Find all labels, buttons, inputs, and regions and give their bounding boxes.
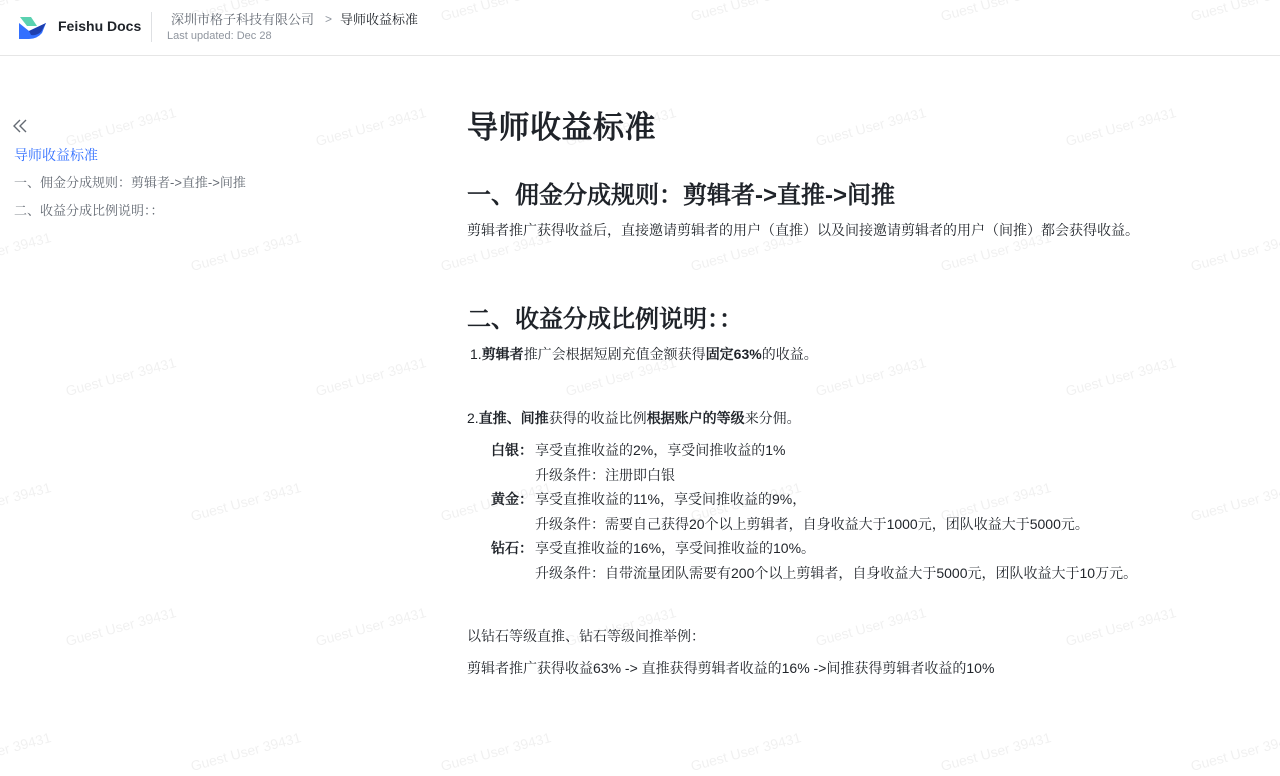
watermark-text: Guest User 39431: [1064, 604, 1178, 649]
item-1-text-1: 推广会根据短剧充值金额获得: [524, 346, 706, 362]
watermark-text: Guest User 39431: [314, 354, 428, 399]
toc-item-section-1[interactable]: 一、佣金分成规则：剪辑者->直推->间推: [14, 173, 246, 201]
breadcrumb-current: 导师收益标准: [340, 9, 418, 28]
tier-silver-upgrade: 升级条件：注册即白银: [535, 464, 675, 486]
watermark-text: Guest User 39431: [689, 729, 803, 774]
watermark-text: Guest User 39431: [439, 729, 553, 774]
tier-gold: 黄金：享受直推收益的11%，享受间推收益的9%，: [491, 488, 806, 510]
section-1-heading: 一、佣金分成规则：剪辑者->直推->间推: [467, 175, 895, 210]
watermark-text: Guest User 39431: [1189, 229, 1280, 274]
watermark-text: Guest User 39431: [64, 354, 178, 399]
table-of-contents: 导师收益标准 一、佣金分成规则：剪辑者->直推->间推 二、收益分成比例说明：：: [14, 145, 246, 229]
toc-item-title[interactable]: 导师收益标准: [14, 145, 246, 173]
watermark-text: Guest User 39431: [1064, 354, 1178, 399]
page-title: 导师收益标准: [467, 100, 1227, 156]
watermark-text: Guest User 39431: [0, 229, 53, 274]
watermark-text: Guest User 39431: [0, 479, 53, 524]
watermark-text: Guest User 39431: [814, 604, 928, 649]
section-2-heading: 二、收益分成比例说明：：: [467, 299, 743, 334]
watermark-text: Guest User 39431: [314, 604, 428, 649]
item-2-text-1: 获得的收益比例: [549, 410, 647, 426]
item-1-bold-1: 剪辑者: [482, 346, 524, 362]
watermark-text: Guest User 39431: [1189, 479, 1280, 524]
tier-diamond-upgrade: 升级条件：自带流量团队需要有200个以上剪辑者，自身收益大于5000元，团队收益…: [535, 562, 1137, 584]
item-2: 2.直推、间推获得的收益比例根据账户的等级来分佣。: [467, 407, 801, 429]
item-2-prefix: 2.: [467, 410, 479, 426]
watermark-text: Guest User 39431: [189, 729, 303, 774]
feishu-logo-icon[interactable]: [17, 14, 47, 40]
item-1-text-2: 的收益。: [762, 346, 818, 362]
chevron-right-icon: >: [325, 12, 332, 26]
item-1: 1.剪辑者推广会根据短剧充值金额获得固定63%的收益。: [470, 343, 818, 365]
watermark-text: Guest User 39431: [189, 479, 303, 524]
item-1-bold-2: 固定63%: [706, 346, 762, 362]
tier-silver: 白银：享受直推收益的2%，享受间推收益的1%: [491, 439, 785, 461]
document-body: 导师收益标准 一、佣金分成规则：剪辑者->直推->间推 剪辑者推广获得收益后，直…: [467, 100, 1227, 156]
double-chevron-left-icon[interactable]: [11, 116, 31, 136]
watermark-text: Guest User 39431: [64, 604, 178, 649]
item-2-bold-2: 根据账户的等级: [647, 410, 745, 426]
watermark-text: Guest User 39431: [814, 354, 928, 399]
last-updated: Last updated: Dec 28: [167, 30, 272, 42]
tier-diamond-benefit: 享受直推收益的16%，享受间推收益的10%。: [535, 540, 815, 556]
tier-gold-upgrade: 升级条件：需要自己获得20个以上剪辑者，自身收益大于1000元，团队收益大于50…: [535, 513, 1089, 535]
watermark-text: Guest User 39431: [0, 729, 53, 774]
tier-diamond-name: 钻石：: [491, 537, 535, 559]
tier-diamond: 钻石：享受直推收益的16%，享受间推收益的10%。: [491, 537, 815, 559]
tier-silver-benefit: 享受直推收益的2%，享受间推收益的1%: [535, 442, 785, 458]
watermark-text: Guest User 39431: [189, 229, 303, 274]
breadcrumb: 深圳市格子科技有限公司 > 导师收益标准: [171, 9, 418, 28]
item-1-prefix: 1.: [470, 346, 482, 362]
top-header: Feishu Docs 深圳市格子科技有限公司 > 导师收益标准 Last up…: [0, 0, 1280, 56]
breadcrumb-parent[interactable]: 深圳市格子科技有限公司: [171, 9, 314, 28]
example-intro: 以钻石等级直推、钻石等级间推举例：: [467, 625, 705, 647]
section-1-body: 剪辑者推广获得收益后，直接邀请剪辑者的用户（直推）以及间接邀请剪辑者的用户（间推…: [467, 219, 1139, 241]
example-text: 剪辑者推广获得收益63% -> 直推获得剪辑者收益的16% ->间推获得剪辑者收…: [467, 657, 994, 679]
watermark-text: Guest User 39431: [64, 104, 178, 149]
tier-gold-benefit: 享受直推收益的11%，享受间推收益的9%，: [535, 491, 806, 507]
watermark-text: Guest User 39431: [939, 729, 1053, 774]
tier-gold-name: 黄金：: [491, 488, 535, 510]
toc-item-section-2[interactable]: 二、收益分成比例说明：：: [14, 201, 246, 229]
item-2-text-2: 来分佣。: [745, 410, 801, 426]
item-2-bold-1: 直推、间推: [479, 410, 549, 426]
watermark-text: Guest User 39431: [314, 104, 428, 149]
tier-silver-name: 白银：: [491, 439, 535, 461]
brand-name[interactable]: Feishu Docs: [58, 18, 141, 34]
header-divider: [151, 12, 152, 42]
watermark-text: Guest User 39431: [1189, 729, 1280, 774]
